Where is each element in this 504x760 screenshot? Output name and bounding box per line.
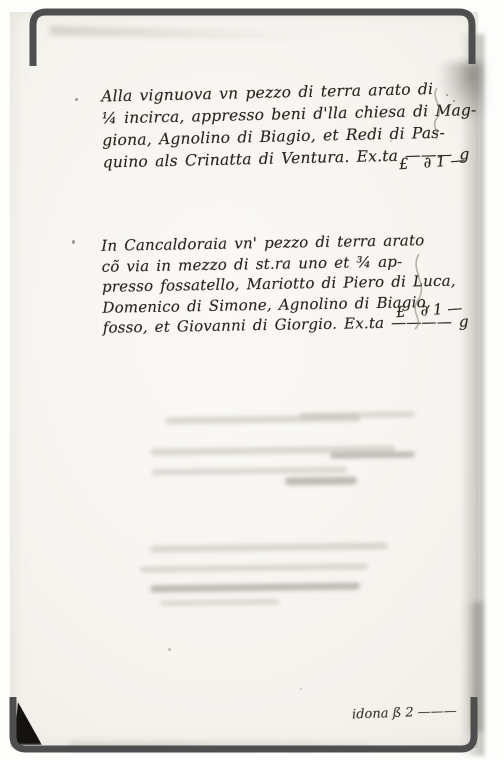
page-bottom-edge-shadow <box>70 742 370 750</box>
amount-value: ∂ 1 — <box>423 151 466 172</box>
entry-2-text: In Cancaldoraia vn' pezzo di terra arato… <box>101 230 423 338</box>
bleedthrough-line <box>330 451 415 458</box>
amount-value: ∂ 1 — <box>420 299 463 320</box>
manuscript-scan: Alla vignuova vn pezzo di terra arato di… <box>0 0 504 760</box>
currency-lira-symbol: £ <box>395 303 406 322</box>
ink-speck <box>30 56 33 59</box>
ink-speck <box>300 688 302 690</box>
ink-speck <box>446 94 448 96</box>
page-top-edge-shadow <box>50 26 330 41</box>
ink-speck <box>390 140 392 142</box>
ink-speck <box>168 648 171 651</box>
bleedthrough-line <box>285 476 357 485</box>
ink-speck <box>72 240 75 244</box>
ink-speck <box>453 100 455 102</box>
ink-speck <box>75 98 78 101</box>
currency-lira-symbol: £ <box>398 155 409 174</box>
entry-1-text: Alla vignuova vn pezzo di terra arato di… <box>101 78 413 173</box>
